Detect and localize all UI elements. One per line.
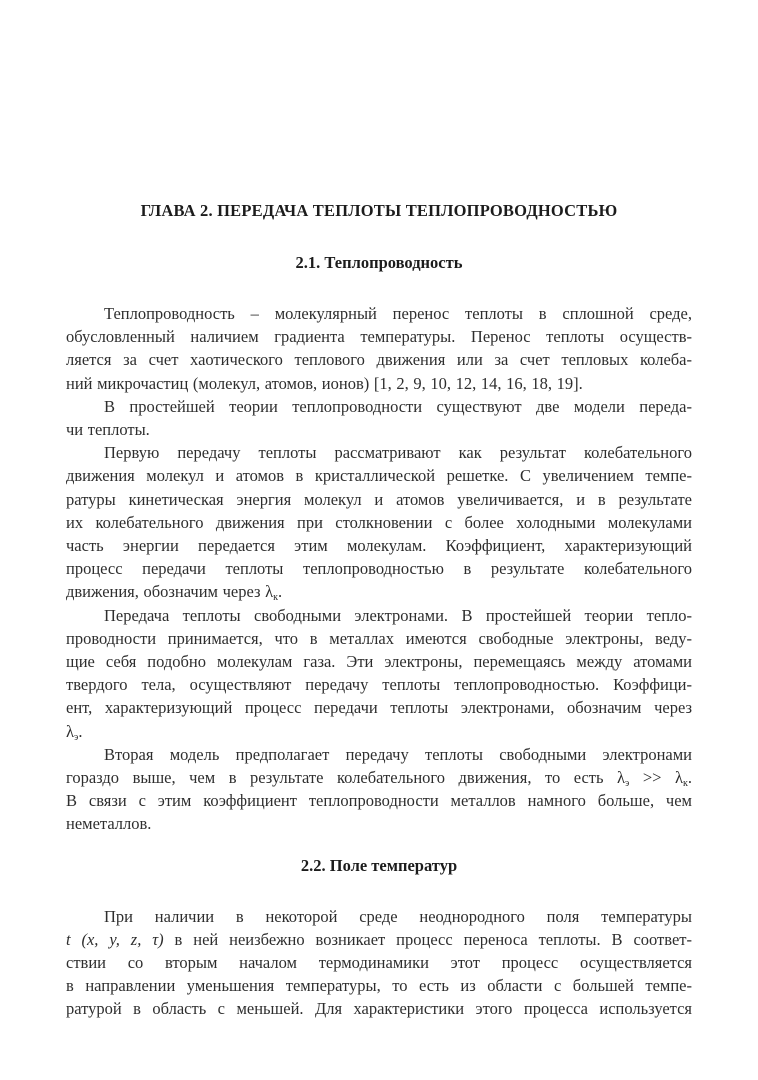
text-line: гораздо выше, чем в результате колебател… [66, 766, 692, 789]
section-2-1-heading: 2.1. Теплопроводность [66, 251, 692, 274]
text-segment: ствии со вторым началом термодинамики эт… [66, 953, 692, 972]
text-segment: Вторая модель предполагает передачу тепл… [104, 745, 692, 764]
paragraph: Передача теплоты свободными электронами.… [66, 604, 692, 743]
text-segment: В простейшей теории теплопроводности сущ… [104, 397, 692, 416]
text-segment: При наличии в некоторой среде неоднородн… [104, 907, 692, 926]
text-line: ратурой в область с меньшей. Для характе… [66, 997, 692, 1020]
section-2-1: 2.1. Теплопроводность Теплопроводность –… [66, 251, 692, 836]
text-line: Теплопроводность – молекулярный перенос … [66, 302, 692, 325]
text-line: t (x, y, z, τ) в ней неизбежно возникает… [66, 928, 692, 951]
text-segment: ент, характеризующий процесс передачи те… [66, 698, 692, 717]
text-line: в направлении уменьшения температуры, то… [66, 974, 692, 997]
text-segment: обусловленный наличием градиента темпера… [66, 327, 692, 346]
text-segment: движения молекул и атомов в кристалличес… [66, 466, 692, 485]
text-segment: ний микрочастиц (молекул, атомов, ионов)… [66, 374, 583, 393]
text-segment: гораздо выше, чем в результате колебател… [66, 768, 625, 787]
text-line: ент, характеризующий процесс передачи те… [66, 696, 692, 719]
text-segment: ляется за счет хаотического теплового дв… [66, 350, 692, 369]
text-line: В простейшей теории теплопроводности сущ… [66, 395, 692, 418]
text-segment: В связи с этим коэффициент теплопроводно… [66, 791, 692, 810]
text-segment: проводности принимается, что в металлах … [66, 629, 692, 648]
text-segment: неметаллов. [66, 814, 151, 833]
text-segment: в направлении уменьшения температуры, то… [66, 976, 692, 995]
text-line: ратуры кинетическая энергия молекул и ат… [66, 488, 692, 511]
text-line: При наличии в некоторой среде неоднородн… [66, 905, 692, 928]
paragraph: При наличии в некоторой среде неоднородн… [66, 905, 692, 1021]
text-line: Передача теплоты свободными электронами.… [66, 604, 692, 627]
text-line: движения, обозначим через λк. [66, 580, 692, 603]
text-segment: λ [66, 722, 74, 741]
text-segment: процесс передачи теплоты теплопроводност… [66, 559, 692, 578]
text-line: λэ. [66, 720, 692, 743]
paragraph: Вторая модель предполагает передачу тепл… [66, 743, 692, 836]
text-segment: ратуры кинетическая энергия молекул и ат… [66, 490, 692, 509]
text-segment: >> λ [629, 768, 683, 787]
text-segment: их колебательного движения при столкнове… [66, 513, 692, 532]
chapter-title: ГЛАВА 2. ПЕРЕДАЧА ТЕПЛОТЫ ТЕПЛОПРОВОДНОС… [66, 199, 692, 222]
text-line: движения молекул и атомов в кристалличес… [66, 464, 692, 487]
text-segment: щие себя подобно молекулам газа. Эти эле… [66, 652, 692, 671]
text-line: проводности принимается, что в металлах … [66, 627, 692, 650]
text-line: ний микрочастиц (молекул, атомов, ионов)… [66, 372, 692, 395]
text-line: Вторая модель предполагает передачу тепл… [66, 743, 692, 766]
section-2-1-body: Теплопроводность – молекулярный перенос … [66, 302, 692, 836]
text-line: чи теплоты. [66, 418, 692, 441]
section-2-2: 2.2. Поле температур При наличии в некот… [66, 854, 692, 1021]
text-segment: Теплопроводность – молекулярный перенос … [104, 304, 692, 323]
math-expression: t (x, y, z, τ) [66, 930, 164, 949]
text-segment: часть энергии передается этим молекулам.… [66, 536, 692, 555]
text-segment: . [688, 768, 692, 787]
text-line: процесс передачи теплоты теплопроводност… [66, 557, 692, 580]
paragraph: Теплопроводность – молекулярный перенос … [66, 302, 692, 395]
section-2-2-body: При наличии в некоторой среде неоднородн… [66, 905, 692, 1021]
text-segment: Первую передачу теплоты рассматривают ка… [104, 443, 692, 462]
text-segment: твердого тела, осуществляют передачу теп… [66, 675, 692, 694]
text-line: ляется за счет хаотического теплового дв… [66, 348, 692, 371]
section-2-2-heading: 2.2. Поле температур [66, 854, 692, 877]
document-page: ГЛАВА 2. ПЕРЕДАЧА ТЕПЛОТЫ ТЕПЛОПРОВОДНОС… [0, 0, 758, 1080]
text-segment: Передача теплоты свободными электронами.… [104, 606, 692, 625]
page-content: ГЛАВА 2. ПЕРЕДАЧА ТЕПЛОТЫ ТЕПЛОПРОВОДНОС… [0, 0, 758, 1021]
paragraph: В простейшей теории теплопроводности сущ… [66, 395, 692, 441]
text-line: обусловленный наличием градиента темпера… [66, 325, 692, 348]
text-line: В связи с этим коэффициент теплопроводно… [66, 789, 692, 812]
text-segment: . [278, 582, 282, 601]
text-segment: ратурой в область с меньшей. Для характе… [66, 999, 692, 1018]
text-segment: в ней неизбежно возникает процесс перено… [164, 930, 692, 949]
text-segment: . [78, 722, 82, 741]
text-line: твердого тела, осуществляют передачу теп… [66, 673, 692, 696]
text-segment: чи теплоты. [66, 420, 150, 439]
text-line: часть энергии передается этим молекулам.… [66, 534, 692, 557]
text-line: Первую передачу теплоты рассматривают ка… [66, 441, 692, 464]
text-segment: движения, обозначим через λ [66, 582, 273, 601]
text-line: ствии со вторым началом термодинамики эт… [66, 951, 692, 974]
text-line: неметаллов. [66, 812, 692, 835]
text-line: их колебательного движения при столкнове… [66, 511, 692, 534]
text-line: щие себя подобно молекулам газа. Эти эле… [66, 650, 692, 673]
paragraph: Первую передачу теплоты рассматривают ка… [66, 441, 692, 603]
